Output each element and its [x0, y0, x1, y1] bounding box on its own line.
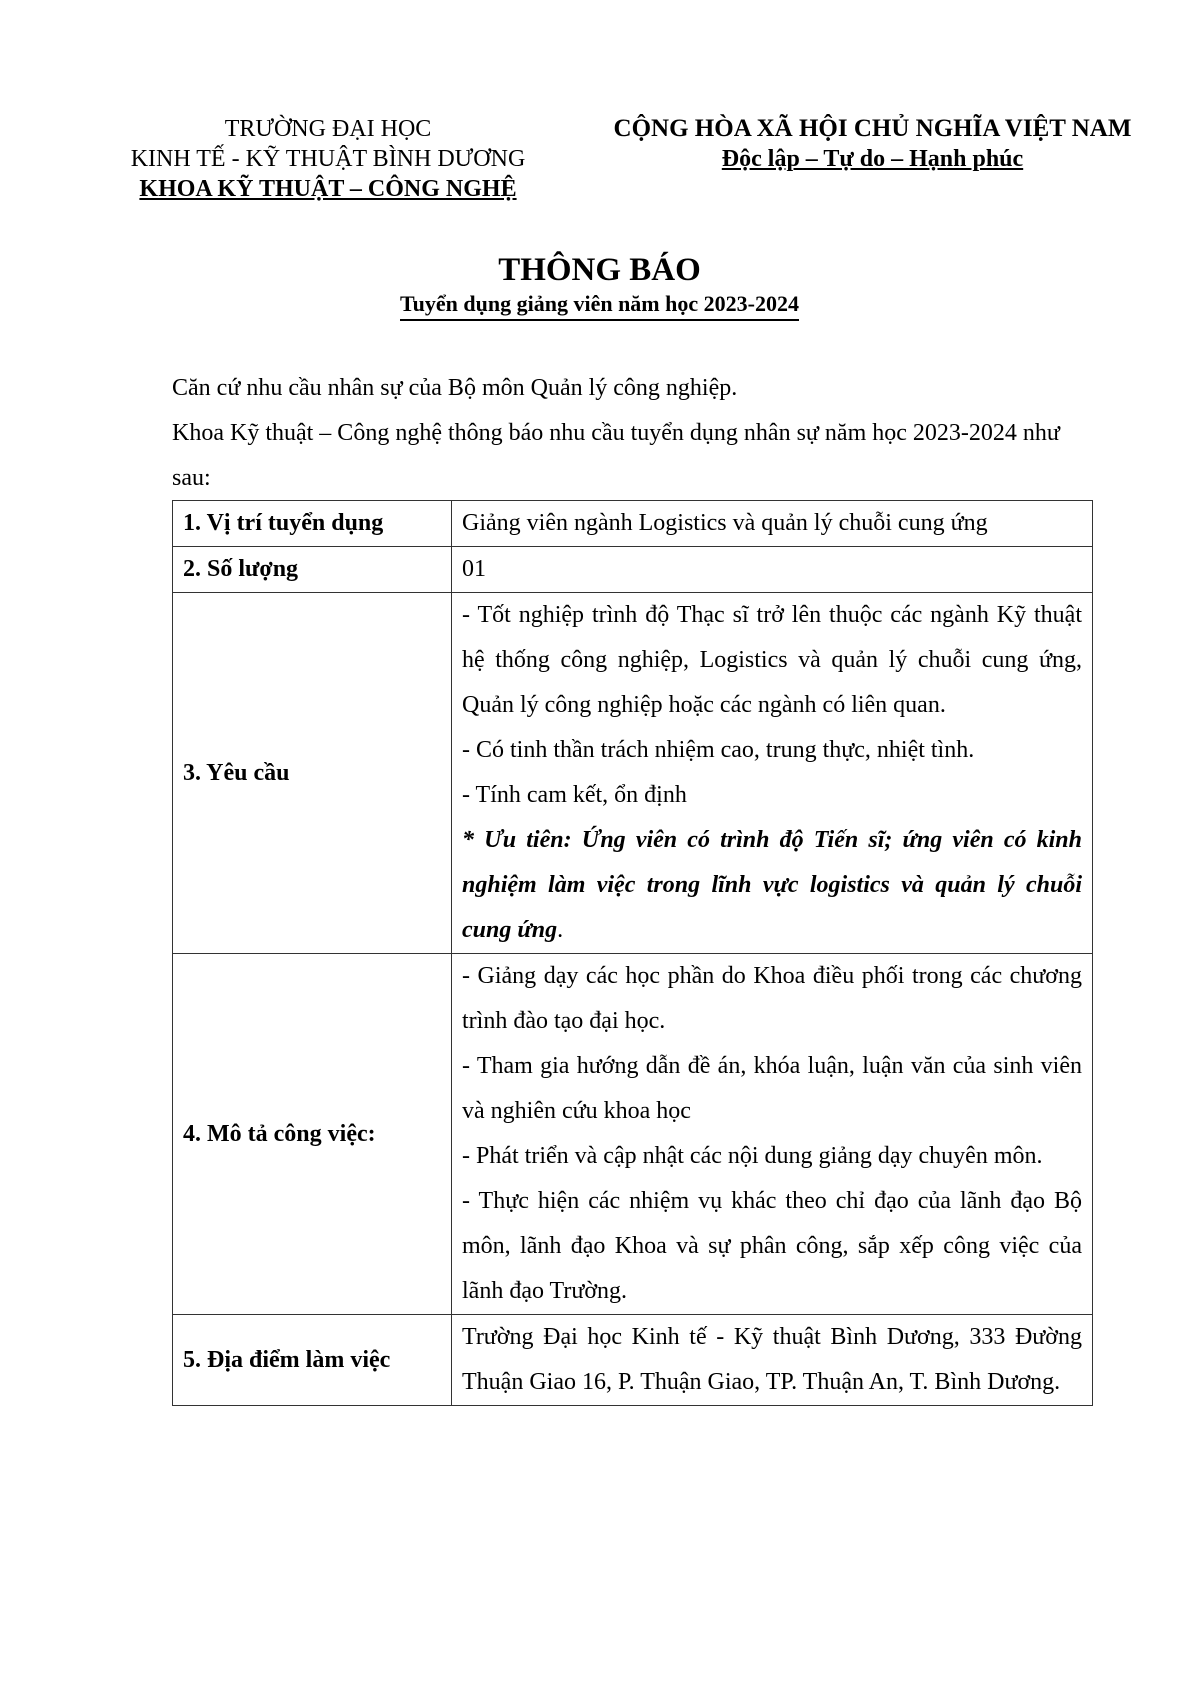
table-row: 5. Địa điểm làm việc Trường Đại học Kinh… [173, 1315, 1093, 1406]
institution-header: TRƯỜNG ĐẠI HỌC KINH TẾ - KỸ THUẬT BÌNH D… [100, 114, 556, 204]
priority-note: * Ưu tiên: Ứng viên có trình độ Tiến sĩ;… [462, 818, 1082, 953]
priority-prefix: * [462, 827, 484, 853]
intro-paragraph-2: Khoa Kỹ thuật – Công nghệ thông báo nhu … [172, 411, 1094, 501]
table-row: 3. Yêu cầu - Tốt nghiệp trình độ Thạc sĩ… [173, 593, 1093, 954]
national-motto: Độc lập – Tự do – Hạnh phúc [722, 146, 1023, 172]
intro-text: Căn cứ nhu cầu nhân sự của Bộ môn Quản l… [172, 366, 1094, 501]
row-label: 1. Vị trí tuyển dụng [173, 501, 452, 547]
row-label: 5. Địa điểm làm việc [173, 1315, 452, 1406]
national-title: CỘNG HÒA XÃ HỘI CHỦ NGHĨA VIỆT NAM [585, 114, 1160, 144]
document-title: THÔNG BÁO [0, 250, 1199, 290]
row-value: - Giảng dạy các học phần do Khoa điều ph… [452, 954, 1093, 1315]
row-label: 3. Yêu cầu [173, 593, 452, 954]
priority-text: Ưu tiên: Ứng viên có trình độ Tiến sĩ; ứ… [462, 827, 1082, 943]
row-value: 01 [452, 547, 1093, 593]
table-row: 1. Vị trí tuyển dụng Giảng viên ngành Lo… [173, 501, 1093, 547]
value-line: - Tính cam kết, ổn định [462, 773, 1082, 818]
recruitment-table: 1. Vị trí tuyển dụng Giảng viên ngành Lo… [172, 500, 1093, 1406]
row-label: 2. Số lượng [173, 547, 452, 593]
table-row: 2. Số lượng 01 [173, 547, 1093, 593]
university-line-2: KINH TẾ - KỸ THUẬT BÌNH DƯƠNG [100, 144, 556, 174]
faculty-name: KHOA KỸ THUẬT – CÔNG NGHỆ [139, 176, 516, 202]
table-row: 4. Mô tả công việc: - Giảng dạy các học … [173, 954, 1093, 1315]
row-value: Trường Đại học Kinh tế - Kỹ thuật Bình D… [452, 1315, 1093, 1406]
university-line-1: TRƯỜNG ĐẠI HỌC [100, 114, 556, 144]
value-line: Giảng viên ngành Logistics và quản lý ch… [462, 501, 1082, 546]
row-label: 4. Mô tả công việc: [173, 954, 452, 1315]
value-line: - Giảng dạy các học phần do Khoa điều ph… [462, 954, 1082, 1044]
value-line: - Thực hiện các nhiệm vụ khác theo chỉ đ… [462, 1179, 1082, 1314]
document-title-block: THÔNG BÁO Tuyển dụng giảng viên năm học … [0, 250, 1199, 321]
intro-paragraph-1: Căn cứ nhu cầu nhân sự của Bộ môn Quản l… [172, 366, 1094, 411]
value-line: - Tốt nghiệp trình độ Thạc sĩ trở lên th… [462, 593, 1082, 728]
row-value: Giảng viên ngành Logistics và quản lý ch… [452, 501, 1093, 547]
document-subtitle: Tuyển dụng giảng viên năm học 2023-2024 [400, 290, 799, 321]
value-line: Trường Đại học Kinh tế - Kỹ thuật Bình D… [462, 1315, 1082, 1405]
value-line: - Có tinh thần trách nhiệm cao, trung th… [462, 728, 1082, 773]
value-line: 01 [462, 547, 1082, 592]
national-header: CỘNG HÒA XÃ HỘI CHỦ NGHĨA VIỆT NAM Độc l… [585, 114, 1160, 174]
row-value: - Tốt nghiệp trình độ Thạc sĩ trở lên th… [452, 593, 1093, 954]
priority-suffix: . [557, 917, 563, 943]
value-line: - Tham gia hướng dẫn đề án, khóa luận, l… [462, 1044, 1082, 1134]
value-line: - Phát triển và cập nhật các nội dung gi… [462, 1134, 1082, 1179]
